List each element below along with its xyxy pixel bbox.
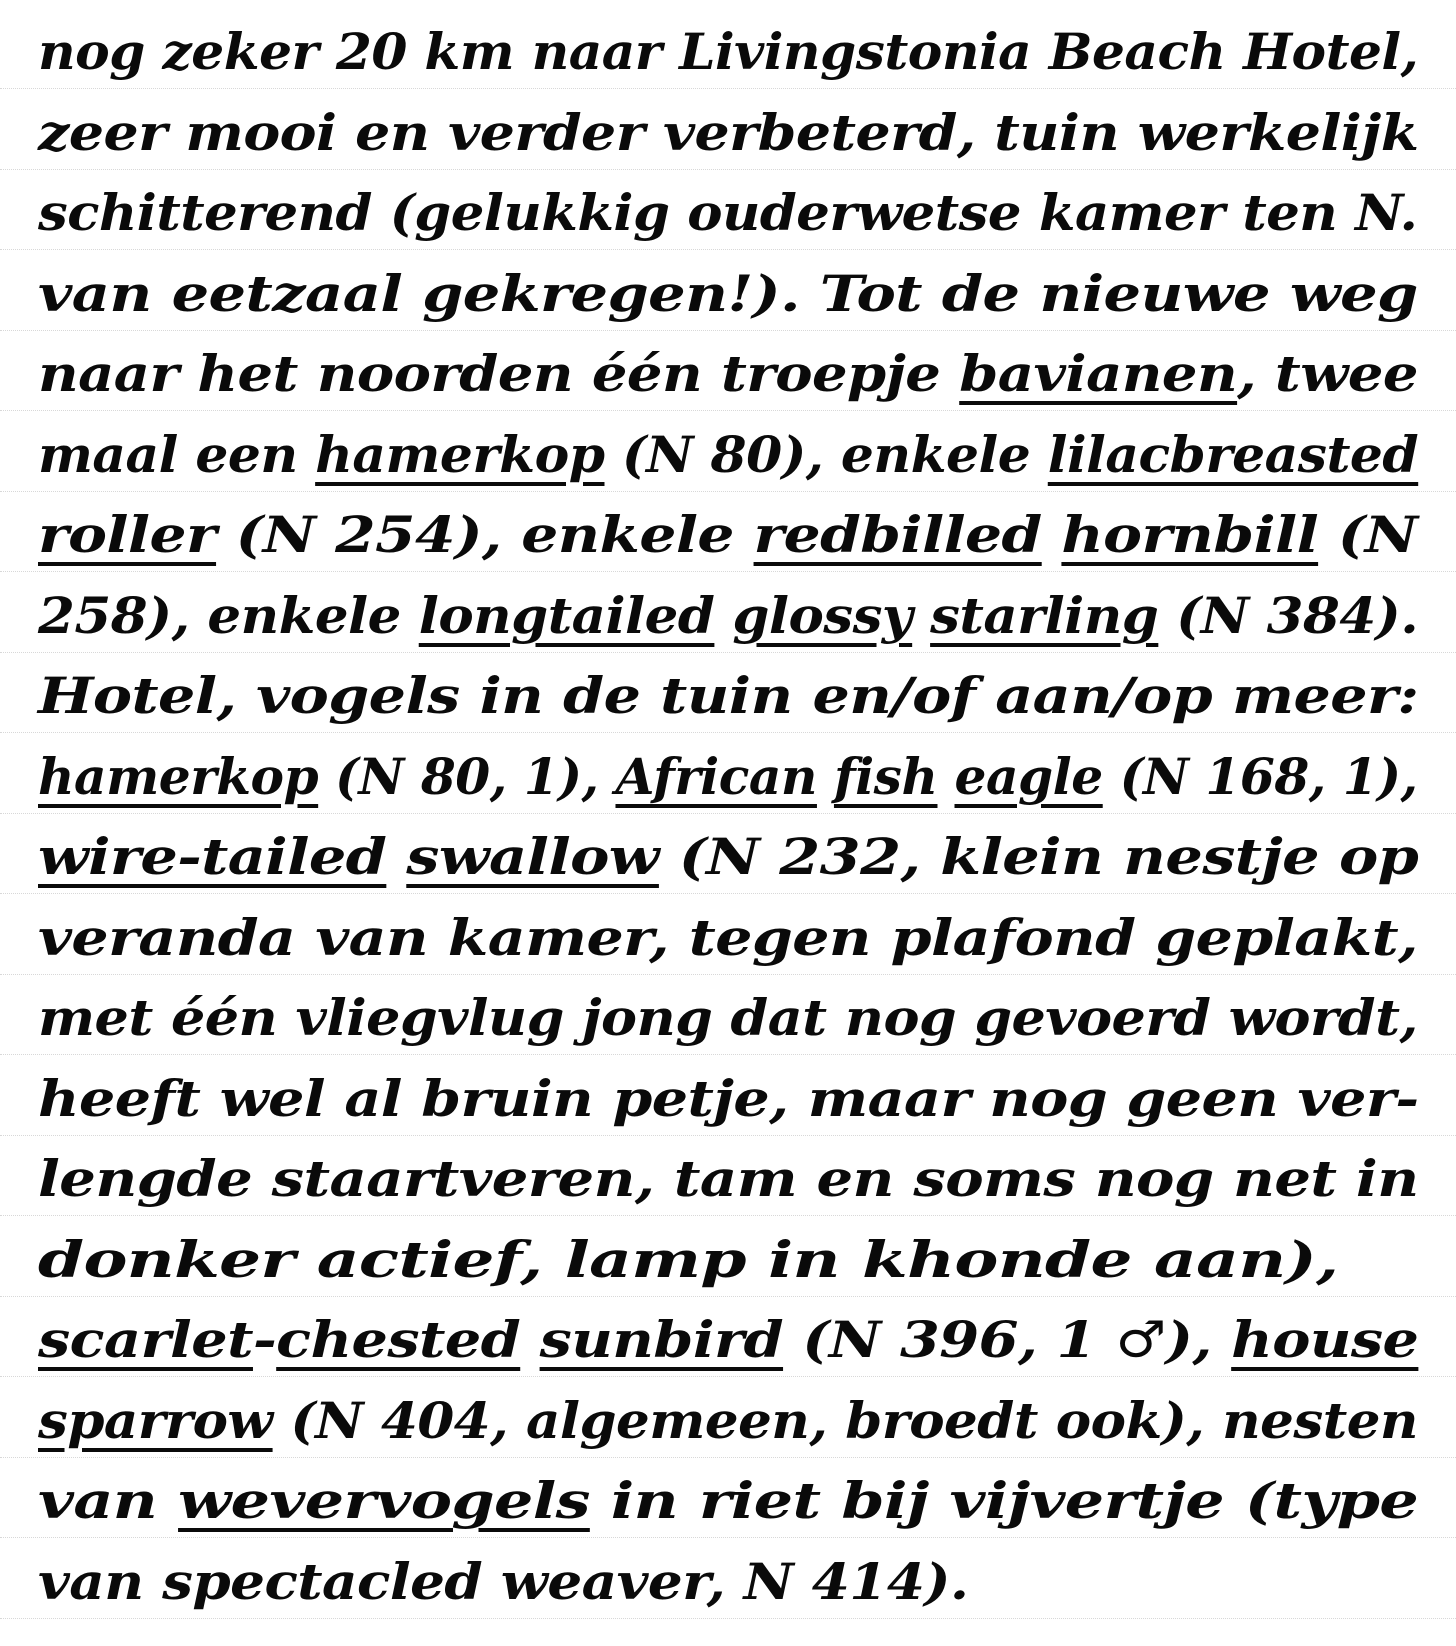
text-fragment: van eetzaal gekregen!). Tot de nieuwe we… [38,264,1418,323]
ruled-line [0,732,1456,734]
underlined-species-name: hamerkop [38,747,318,806]
text-fragment [937,747,954,806]
underlined-species-name: African [615,747,816,806]
text-fragment: (N 384). [1158,586,1418,645]
text-fragment: (N 80, 1), [318,747,615,806]
ruled-line [0,893,1456,895]
text-line: van eetzaal gekregen!). Tot de nieuwe we… [38,264,1418,323]
underlined-species-name: eagle [954,747,1102,806]
text-line: lengde staartveren, tam en soms nog net … [38,1149,1419,1208]
text-line: scarlet-chested sunbird (N 396, 1 ♂), ho… [38,1310,1418,1369]
text-line: van wevervogels in riet bij vijvertje (t… [38,1471,1418,1530]
text-fragment: (N 80), enkele [604,425,1047,484]
text-fragment: van [38,1471,178,1530]
text-line: sparrow (N 404, algemeen, broedt ook), n… [38,1391,1418,1450]
ruled-line [0,1215,1456,1217]
ruled-line [0,1296,1456,1298]
text-line: naar het noorden één troepje bavianen, t… [38,344,1418,403]
text-fragment: schitterend (gelukkig ouderwetse kamer t… [38,183,1417,242]
text-fragment: (N [1318,505,1417,564]
text-line: 258), enkele longtailed glossy starling … [38,586,1418,645]
ruled-line [0,1457,1456,1459]
text-fragment: 258), enkele [38,586,419,645]
ruled-line [0,1537,1456,1539]
text-fragment [714,586,732,645]
underlined-species-name: sunbird [540,1310,783,1369]
text-line: met één vliegvlug jong dat nog gevoerd w… [38,988,1418,1047]
underlined-species-name: starling [930,586,1158,645]
text-fragment: Hotel, vogels in de tuin en/of aan/op me… [38,666,1418,725]
underlined-species-name: glossy [732,586,912,645]
text-line: Hotel, vogels in de tuin en/of aan/op me… [38,666,1418,725]
ruled-line [0,652,1456,654]
text-line: van spectacled weaver, N 414). [38,1552,968,1611]
text-fragment: van spectacled weaver, N 414). [38,1552,968,1611]
text-fragment: zeer mooi en verder verbeterd, tuin werk… [38,103,1418,162]
text-fragment: (N 254), enkele [216,505,753,564]
text-fragment: (N 404, algemeen, broedt ook), nesten [273,1391,1418,1450]
ruled-line [0,330,1456,332]
text-line: veranda van kamer, tegen plafond geplakt… [38,908,1418,967]
text-line: roller (N 254), enkele redbilled hornbil… [38,505,1417,564]
underlined-species-name: chested [276,1310,520,1369]
text-fragment: veranda van kamer, tegen plafond geplakt… [38,908,1418,967]
ruled-line [0,169,1456,171]
underlined-species-name: wire-tailed [38,827,386,886]
text-fragment: maal een [38,425,315,484]
text-fragment: met één vliegvlug jong dat nog gevoerd w… [38,988,1418,1047]
text-fragment: (N 232, klein nestje op [659,827,1418,886]
underlined-species-name: hamerkop [315,425,604,484]
text-line: maal een hamerkop (N 80), enkele lilacbr… [38,425,1418,484]
ruled-line [0,249,1456,251]
underlined-species-name: bavianen [959,344,1237,403]
text-line: nog zeker 20 km naar Livingstonia Beach … [38,22,1418,81]
ruled-line [0,1054,1456,1056]
text-fragment: naar het noorden één troepje [38,344,959,403]
ruled-line [0,410,1456,412]
text-fragment: (N 168, 1), [1103,747,1418,806]
text-fragment: donker actief, lamp in khonde aan), [38,1230,1338,1289]
text-line: zeer mooi en verder verbeterd, tuin werk… [38,103,1418,162]
underlined-species-name: sparrow [38,1391,273,1450]
underlined-species-name: hornbill [1061,505,1318,564]
handwritten-page: nog zeker 20 km naar Livingstonia Beach … [0,0,1456,1646]
text-line: hamerkop (N 80, 1), African fish eagle (… [38,747,1418,806]
text-fragment [912,586,930,645]
ruled-line [0,1376,1456,1378]
text-line: wire-tailed swallow (N 232, klein nestje… [38,827,1418,886]
underlined-species-name: house [1231,1310,1418,1369]
text-fragment: in riet bij vijvertje (type [590,1471,1418,1530]
text-line: donker actief, lamp in khonde aan), [38,1230,1338,1289]
underlined-species-name: roller [38,505,216,564]
underlined-species-name: swallow [406,827,659,886]
text-line: heeft wel al bruin petje, maar nog geen … [38,1069,1419,1128]
ruled-line [0,1618,1456,1620]
ruled-line [0,88,1456,90]
ruled-line [0,1135,1456,1137]
text-fragment: - [253,1310,276,1369]
text-fragment [520,1310,539,1369]
ruled-line [0,974,1456,976]
underlined-species-name: wevervogels [178,1471,590,1530]
underlined-species-name: redbilled [754,505,1042,564]
ruled-line [0,491,1456,493]
text-fragment: (N 396, 1 ♂), [783,1310,1231,1369]
underlined-species-name: lilacbreasted [1048,425,1418,484]
ruled-line [0,571,1456,573]
underlined-species-name: scarlet [38,1310,253,1369]
text-fragment [386,827,406,886]
text-fragment: lengde staartveren, tam en soms nog net … [38,1149,1419,1208]
text-fragment: , twee [1237,344,1418,403]
text-fragment [1042,505,1062,564]
text-line: schitterend (gelukkig ouderwetse kamer t… [38,183,1417,242]
text-fragment: nog zeker 20 km naar Livingstonia Beach … [38,22,1418,81]
underlined-species-name: fish [834,747,938,806]
ruled-line [0,813,1456,815]
underlined-species-name: longtailed [419,586,715,645]
text-fragment: heeft wel al bruin petje, maar nog geen … [38,1069,1419,1128]
text-fragment [817,747,834,806]
